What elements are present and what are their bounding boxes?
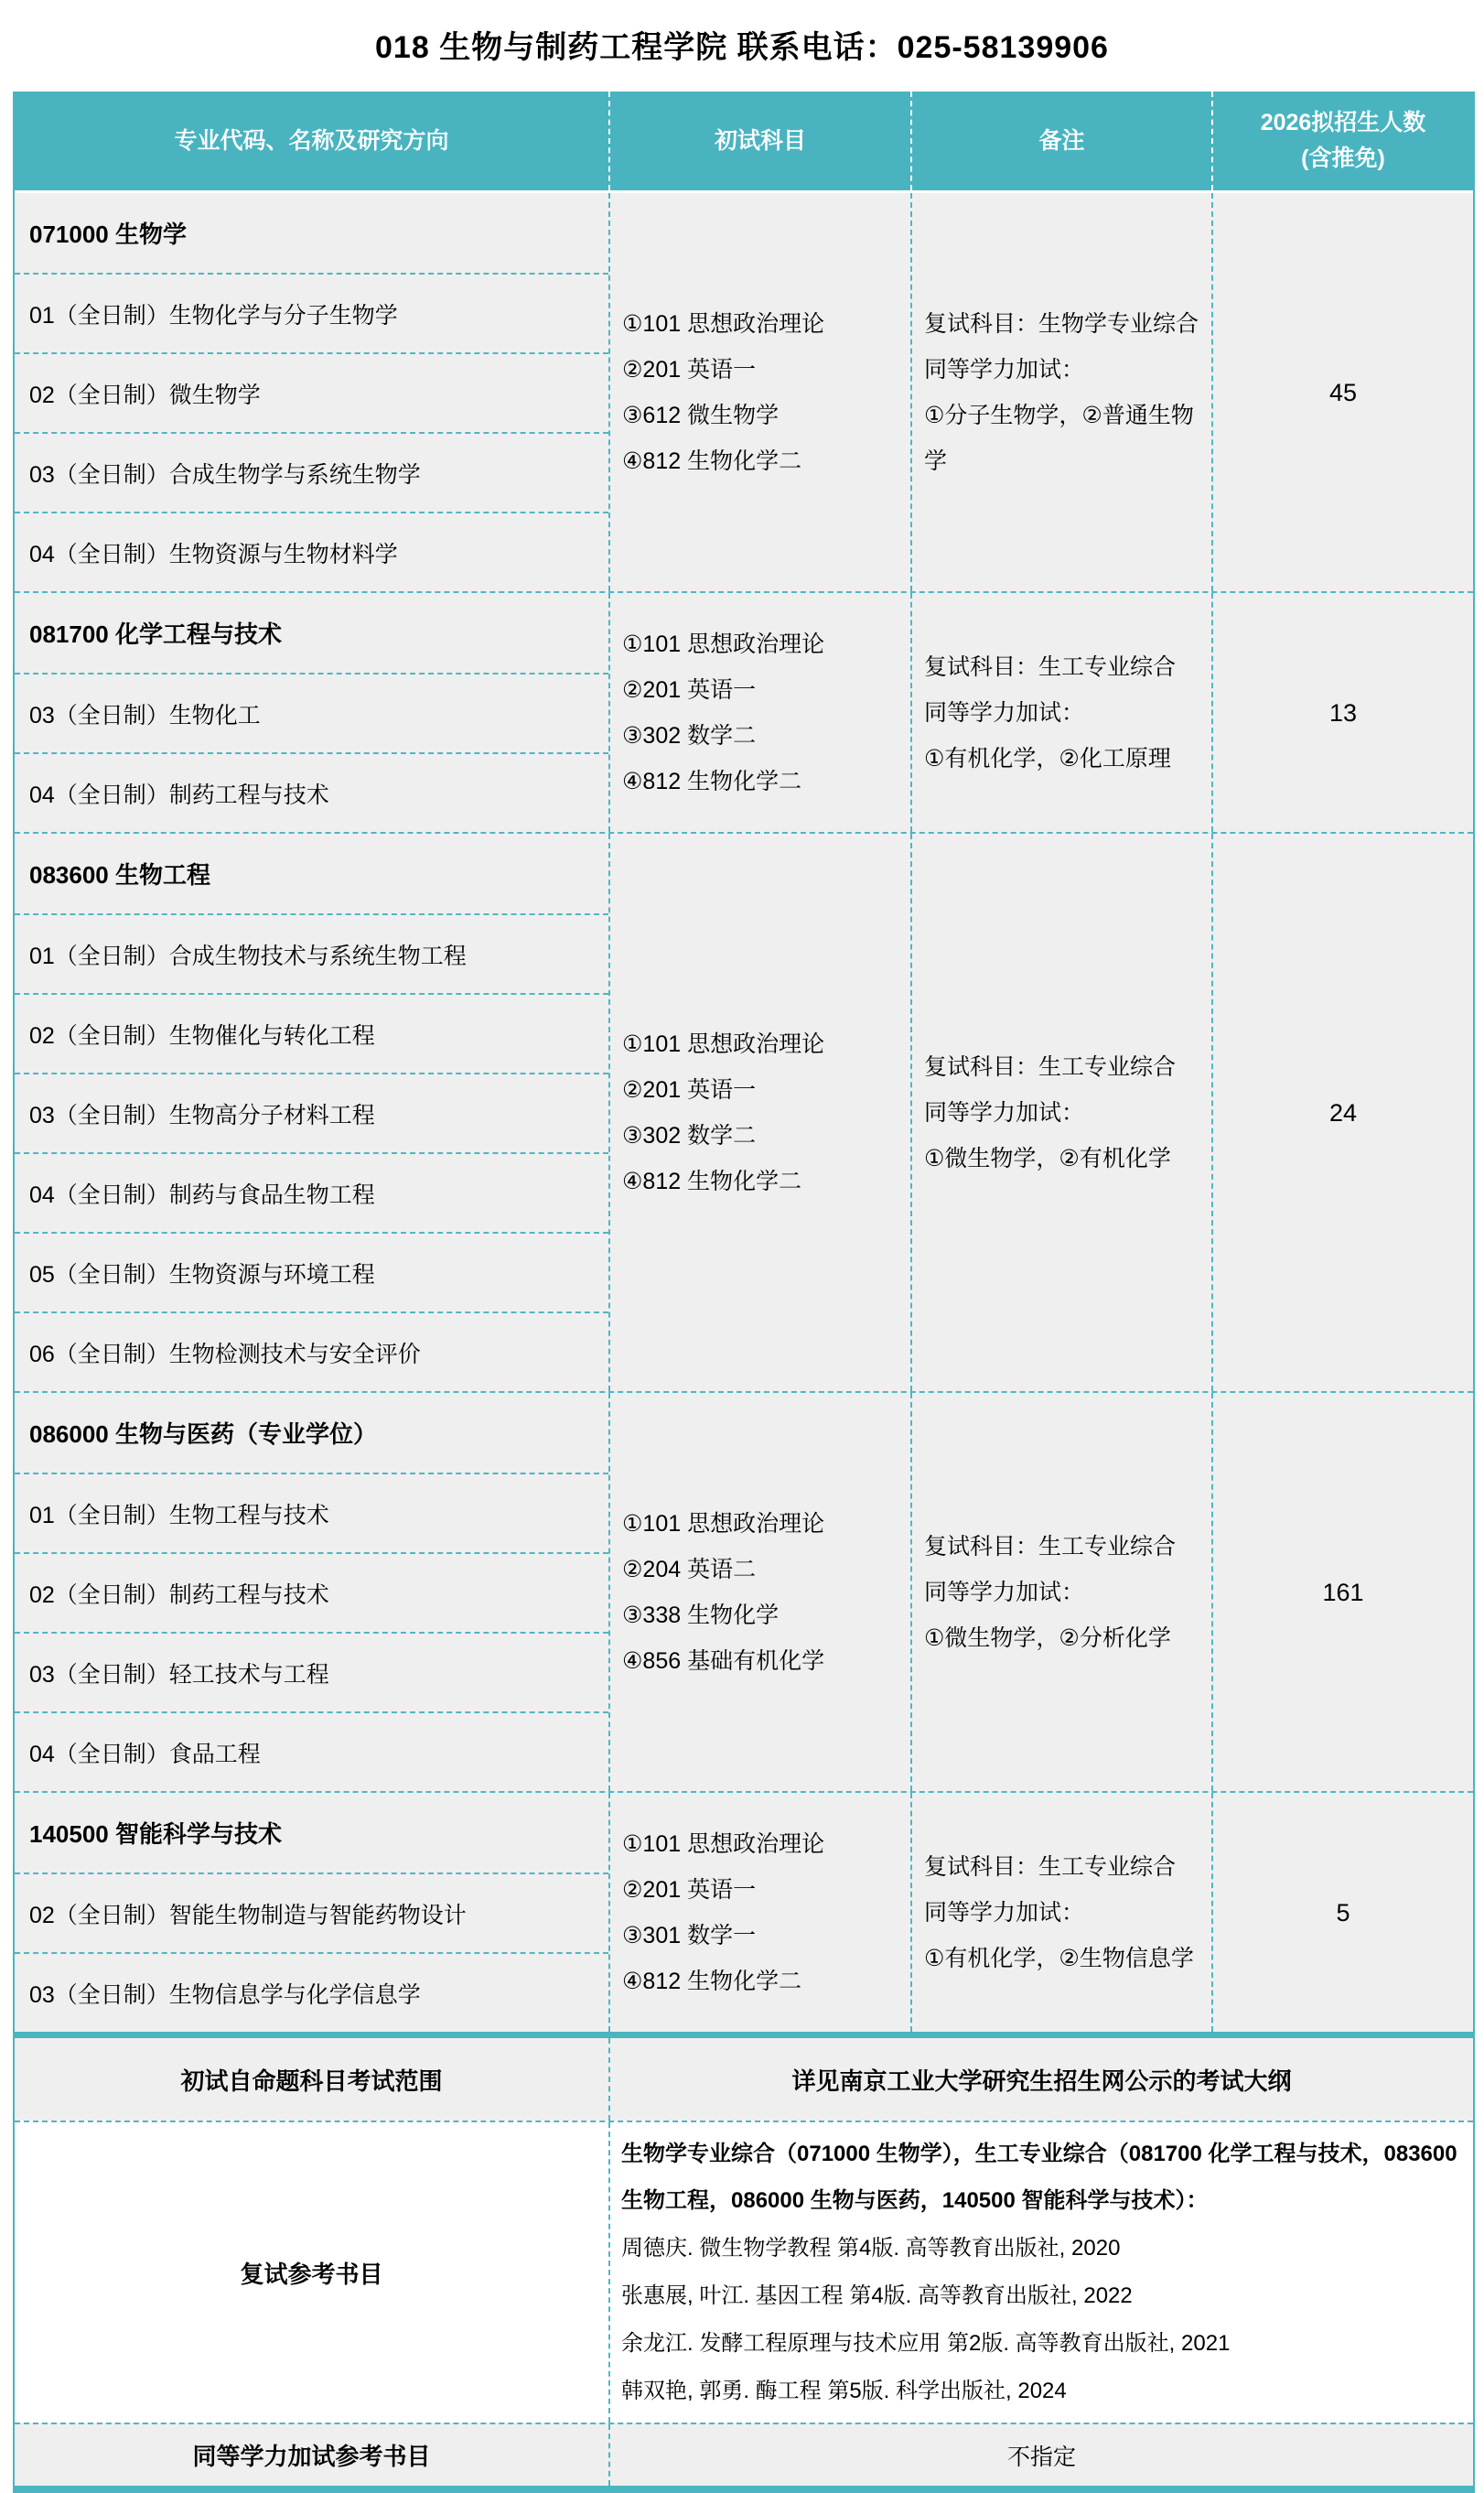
table-header-row: 专业代码、名称及研究方向 初试科目 备注 2026拟招生人数 (含推免) (15, 92, 1473, 193)
exam-subject-line: ②201 英语一 (622, 347, 901, 393)
retest-books-intro: 生物学专业综合（071000 生物学），生工专业综合（081700 化学工程与技… (621, 2131, 1462, 2226)
direction-row: 01（全日制）合成生物技术与系统生物工程 (15, 913, 608, 993)
section-140500: 140500 智能科学与技术 02（全日制）智能生物制造与智能药物设计 03（全… (15, 1791, 1473, 2032)
col-header-program: 专业代码、名称及研究方向 (15, 92, 608, 190)
notes-line: 复试科目：生工专业综合 (924, 1524, 1202, 1570)
exam-subject-line: ④856 基础有机化学 (622, 1638, 901, 1684)
notes-line: ①有机化学，②化工原理 (924, 736, 1202, 782)
col-header-enrollment: 2026拟招生人数 (含推免) (1211, 92, 1473, 190)
direction-row: 04（全日制）生物资源与生物材料学 (15, 512, 608, 591)
direction-row: 02（全日制）微生物学 (15, 352, 608, 432)
notes-cell: 复试科目：生工专业综合 同等学力加试： ①有机化学，②化工原理 (910, 593, 1211, 832)
direction-row: 02（全日制）智能生物制造与智能药物设计 (15, 1872, 608, 1952)
exam-subject-line: ③612 微生物学 (622, 393, 901, 438)
exam-subjects-cell: ①101 思想政治理论 ②201 英语一 ③302 数学二 ④812 生物化学二 (608, 834, 910, 1391)
exam-subject-line: ④812 生物化学二 (622, 438, 901, 484)
program-row: 081700 化学工程与技术 (15, 593, 608, 673)
enrollment-cell: 161 (1211, 1393, 1473, 1791)
col-header-exam: 初试科目 (608, 92, 910, 190)
exam-subject-line: ②201 英语一 (622, 667, 901, 713)
equivalency-books-row: 同等学力加试参考书目 不指定 (15, 2423, 1473, 2486)
book-item: 余龙江. 发酵工程原理与技术应用 第2版. 高等教育出版社, 2021 (621, 2320, 1230, 2368)
notes-line: 同等学力加试： (924, 347, 1202, 393)
exam-subject-line: ③302 数学二 (622, 1113, 901, 1159)
direction-row: 02（全日制）生物催化与转化工程 (15, 993, 608, 1073)
exam-subject-line: ②201 英语一 (622, 1867, 901, 1913)
program-row: 071000 生物学 (15, 193, 608, 273)
enrollment-cell: 45 (1211, 193, 1473, 591)
section-086000: 086000 生物与医药（专业学位） 01（全日制）生物工程与技术 02（全日制… (15, 1391, 1473, 1791)
direction-row: 02（全日制）制药工程与技术 (15, 1552, 608, 1632)
page-title: 018 生物与制药工程学院 联系电话：025-58139906 (0, 0, 1484, 92)
exam-subject-line: ④812 生物化学二 (622, 759, 901, 804)
notes-line: ①有机化学，②生物信息学 (924, 1936, 1202, 1981)
notes-line: ①微生物学，②分析化学 (924, 1615, 1202, 1661)
retest-books-content: 生物学专业综合（071000 生物学），生工专业综合（081700 化学工程与技… (608, 2122, 1473, 2423)
col-header-notes: 备注 (910, 92, 1211, 190)
exam-subject-line: ①101 思想政治理论 (622, 301, 901, 347)
notes-line: 同等学力加试： (924, 1890, 1202, 1936)
direction-row: 01（全日制）生物化学与分子生物学 (15, 273, 608, 352)
direction-row: 03（全日制）生物信息学与化学信息学 (15, 1952, 608, 2032)
enrollment-cell: 24 (1211, 834, 1473, 1391)
section-081700: 081700 化学工程与技术 03（全日制）生物化工 04（全日制）制药工程与技… (15, 591, 1473, 832)
notes-line: 同等学力加试： (924, 1090, 1202, 1136)
notes-line: 复试科目：生工专业综合 (924, 1844, 1202, 1890)
notes-cell: 复试科目：生物学专业综合 同等学力加试： ①分子生物学，②普通生物学 (910, 193, 1211, 591)
notes-cell: 复试科目：生工专业综合 同等学力加试： ①微生物学，②有机化学 (910, 834, 1211, 1391)
exam-scope-label: 初试自命题科目考试范围 (15, 2038, 608, 2121)
exam-subject-line: ①101 思想政治理论 (622, 621, 901, 667)
exam-subjects-cell: ①101 思想政治理论 ②201 英语一 ③302 数学二 ④812 生物化学二 (608, 593, 910, 832)
notes-line: 复试科目：生工专业综合 (924, 1044, 1202, 1090)
notes-line: 同等学力加试： (924, 690, 1202, 736)
program-row: 140500 智能科学与技术 (15, 1793, 608, 1872)
exam-subject-line: ②204 英语二 (622, 1547, 901, 1592)
exam-subject-line: ④812 生物化学二 (622, 1959, 901, 2004)
exam-subjects-cell: ①101 思想政治理论 ②204 英语二 ③338 生物化学 ④856 基础有机… (608, 1393, 910, 1791)
exam-subject-line: ①101 思想政治理论 (622, 1821, 901, 1867)
notes-line: ①微生物学，②有机化学 (924, 1136, 1202, 1182)
equivalency-books-label: 同等学力加试参考书目 (15, 2424, 608, 2486)
exam-subject-line: ①101 思想政治理论 (622, 1501, 901, 1547)
direction-row: 04（全日制）制药与食品生物工程 (15, 1152, 608, 1232)
program-row: 083600 生物工程 (15, 834, 608, 913)
exam-subject-line: ③338 生物化学 (622, 1592, 901, 1638)
exam-subject-line: ①101 思想政治理论 (622, 1021, 901, 1067)
direction-row: 05（全日制）生物资源与环境工程 (15, 1232, 608, 1311)
book-item: 韩双艳, 郭勇. 酶工程 第5版. 科学出版社, 2024 (621, 2368, 1067, 2415)
notes-line: ①分子生物学，②普通生物学 (924, 393, 1202, 484)
admissions-table: 专业代码、名称及研究方向 初试科目 备注 2026拟招生人数 (含推免) 071… (13, 92, 1475, 2493)
exam-subject-line: ③301 数学一 (622, 1913, 901, 1959)
book-item: 张惠展, 叶江. 基因工程 第4版. 高等教育出版社, 2022 (621, 2272, 1133, 2320)
direction-row: 03（全日制）生物高分子材料工程 (15, 1073, 608, 1152)
exam-scope-row: 初试自命题科目考试范围 详见南京工业大学研究生招生网公示的考试大纲 (15, 2032, 1473, 2121)
direction-row: 06（全日制）生物检测技术与安全评价 (15, 1311, 608, 1391)
direction-row: 01（全日制）生物工程与技术 (15, 1473, 608, 1552)
enrollment-cell: 13 (1211, 593, 1473, 832)
exam-subjects-cell: ①101 思想政治理论 ②201 英语一 ③612 微生物学 ④812 生物化学… (608, 193, 910, 591)
direction-row: 03（全日制）生物化工 (15, 673, 608, 752)
direction-row: 03（全日制）轻工技术与工程 (15, 1632, 608, 1711)
section-071000: 071000 生物学 01（全日制）生物化学与分子生物学 02（全日制）微生物学… (15, 193, 1473, 591)
notes-line: 复试科目：生工专业综合 (924, 644, 1202, 690)
retest-books-row: 复试参考书目 生物学专业综合（071000 生物学），生工专业综合（081700… (15, 2121, 1473, 2423)
exam-subject-line: ③302 数学二 (622, 713, 901, 759)
equivalency-books-content: 不指定 (608, 2424, 1473, 2486)
book-item: 周德庆. 微生物学教程 第4版. 高等教育出版社, 2020 (621, 2225, 1120, 2272)
notes-line: 同等学力加试： (924, 1570, 1202, 1615)
retest-books-label: 复试参考书目 (15, 2122, 608, 2423)
exam-scope-content: 详见南京工业大学研究生招生网公示的考试大纲 (608, 2038, 1473, 2121)
section-083600: 083600 生物工程 01（全日制）合成生物技术与系统生物工程 02（全日制）… (15, 832, 1473, 1391)
direction-row: 03（全日制）合成生物学与系统生物学 (15, 432, 608, 512)
direction-row: 04（全日制）制药工程与技术 (15, 752, 608, 832)
direction-row: 04（全日制）食品工程 (15, 1711, 608, 1791)
notes-line: 复试科目：生物学专业综合 (924, 301, 1202, 347)
exam-subject-line: ②201 英语一 (622, 1067, 901, 1113)
exam-subjects-cell: ①101 思想政治理论 ②201 英语一 ③301 数学一 ④812 生物化学二 (608, 1793, 910, 2032)
program-row: 086000 生物与医药（专业学位） (15, 1393, 608, 1473)
notes-cell: 复试科目：生工专业综合 同等学力加试： ①有机化学，②生物信息学 (910, 1793, 1211, 2032)
exam-subject-line: ④812 生物化学二 (622, 1159, 901, 1204)
enrollment-cell: 5 (1211, 1793, 1473, 2032)
notes-cell: 复试科目：生工专业综合 同等学力加试： ①微生物学，②分析化学 (910, 1393, 1211, 1791)
